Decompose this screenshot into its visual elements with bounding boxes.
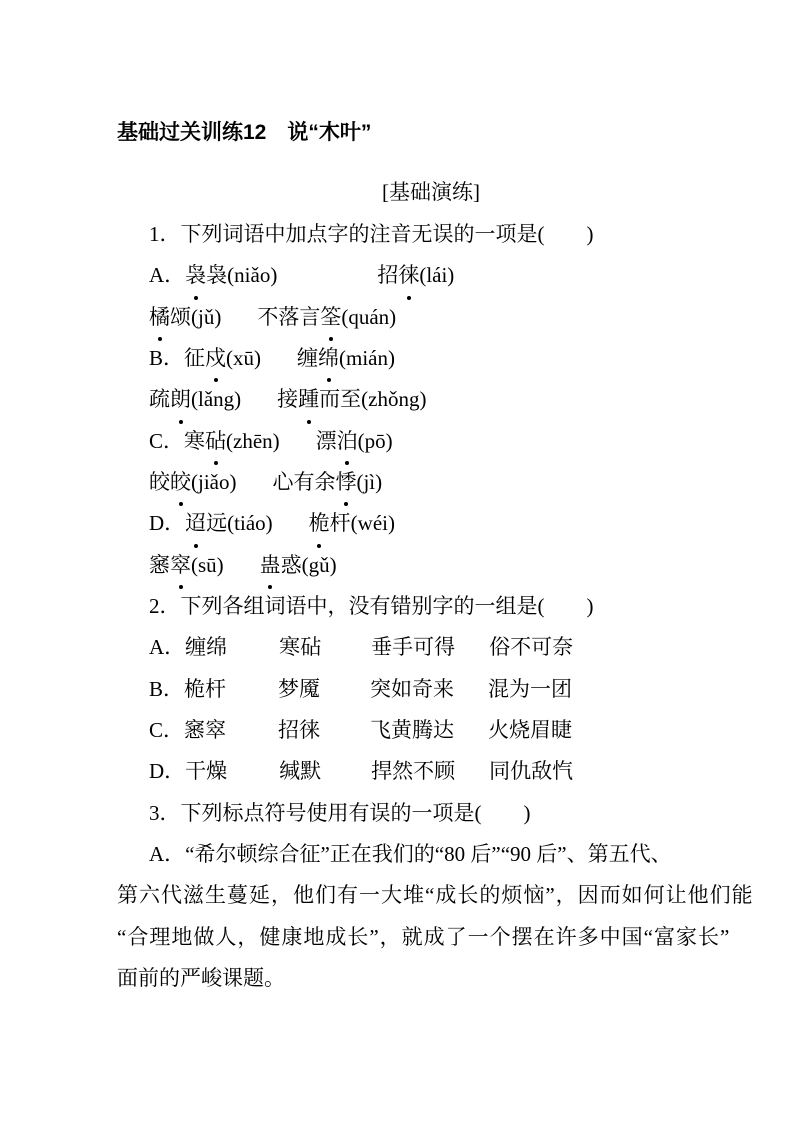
emphasized-character: 徕 — [398, 255, 419, 296]
text-segment: 垂手可得 — [371, 627, 455, 668]
text-segment: “合理地做人，健康地成长”，就成了一个摆在许多中国“富家长” — [117, 917, 730, 958]
text-segment: 俗不可奈 — [489, 627, 573, 668]
text-segment: D． — [149, 503, 185, 544]
text-segment: B．桅杆 — [149, 669, 226, 710]
text-segment: 第六代滋生蔓延，他们有一大堆“成长的烦恼”，因而如何让他们能 — [117, 875, 754, 916]
q1-option-a-line2: 橘颂(jǔ)不落言筌(quán) — [117, 297, 777, 338]
q1-option-c-line1: C．寒砧(zhēn)漂泊(pō) — [117, 421, 777, 462]
text-segment: 面前的严峻课题。 — [117, 958, 285, 999]
text-segment: 不落言 — [257, 297, 320, 338]
text-segment: 窸 — [149, 545, 170, 586]
emphasized-character: 窣 — [170, 545, 191, 586]
document-body: 1．下列词语中加点字的注音无误的一项是( )A．袅袅(niǎo)招徕(lái)橘… — [117, 214, 777, 999]
q1-option-b-line1: B．征戍(xū)缠绵(mián) — [117, 338, 777, 379]
text-segment: 同仇敌忾 — [489, 751, 573, 792]
text-segment: (jì) — [356, 462, 382, 503]
text-segment: 2．下列各组词语中，没有错别字的一组是( ) — [149, 586, 594, 627]
q3-stem: 3．下列标点符号使用有误的一项是( ) — [117, 793, 777, 834]
text-segment: B．征 — [149, 338, 205, 379]
document-title: 基础过关训练12 说“木叶” — [117, 118, 777, 147]
q1-option-c-line2: 皎皎(jiǎo)心有余悸(jì) — [117, 462, 777, 503]
text-segment: A． — [149, 255, 185, 296]
text-segment: 梦魇 — [278, 669, 320, 710]
text-segment: 漂 — [316, 421, 337, 462]
text-segment: 接 — [277, 379, 298, 420]
text-segment: 疏 — [149, 379, 170, 420]
text-segment: C．寒 — [149, 421, 205, 462]
emphasized-character: 踵 — [298, 379, 319, 420]
emphasized-character: 桅 — [309, 503, 330, 544]
q2-option-a: A．缠绵寒砧垂手可得俗不可奈 — [117, 627, 777, 668]
text-segment: 突如奇来 — [370, 669, 454, 710]
text-segment: (quán) — [341, 297, 396, 338]
emphasized-character: 泊 — [337, 421, 358, 462]
text-segment: 而至(zhǒng) — [319, 379, 426, 420]
text-segment: 火烧眉睫 — [488, 710, 572, 751]
emphasized-character: 绵 — [318, 338, 339, 379]
q2-option-b: B．桅杆梦魇突如奇来混为一团 — [117, 669, 777, 710]
text-segment: 混为一团 — [488, 669, 572, 710]
q1-option-b-line2: 疏朗(lǎng)接踵而至(zhǒng) — [117, 379, 777, 420]
q3-option-a-line1: A．“希尔顿综合征”正在我们的“80 后”“90 后”、第五代、 — [117, 834, 777, 875]
emphasized-character: 砧 — [205, 421, 226, 462]
text-segment: 缄默 — [279, 751, 321, 792]
emphasized-character: 戍 — [205, 338, 226, 379]
q3-option-a-line3: “合理地做人，健康地成长”，就成了一个摆在许多中国“富家长” — [117, 917, 777, 958]
text-segment: (lái) — [419, 255, 454, 296]
q3-option-a-line4: 面前的严峻课题。 — [117, 958, 777, 999]
emphasized-character: 朗 — [170, 379, 191, 420]
q1-option-a-line1: A．袅袅(niǎo)招徕(lái) — [117, 255, 777, 296]
text-segment: (pō) — [358, 421, 393, 462]
emphasized-character: 筌 — [320, 297, 341, 338]
text-segment: 惑(gǔ) — [281, 545, 337, 586]
emphasized-character: 皎 — [170, 462, 191, 503]
text-segment: (sū) — [191, 545, 224, 586]
text-segment: 缠 — [297, 338, 318, 379]
text-segment: (jiǎo) — [191, 462, 236, 503]
text-segment: 远(tiáo) — [206, 503, 272, 544]
emphasized-character: 蛊 — [260, 545, 281, 586]
text-segment: A．“希尔顿综合征”正在我们的“80 后”“90 后”、第五代、 — [149, 834, 672, 875]
q2-option-c: C．窸窣招徕飞黄腾达火烧眉睫 — [117, 710, 777, 751]
emphasized-character: 袅 — [185, 255, 206, 296]
text-segment: 3．下列标点符号使用有误的一项是( ) — [149, 793, 531, 834]
section-header: [基础演练] — [101, 172, 761, 213]
text-segment: (zhēn) — [226, 421, 280, 462]
text-segment: D．干燥 — [149, 751, 227, 792]
q2-stem: 2．下列各组词语中，没有错别字的一组是( ) — [117, 586, 777, 627]
q1-stem: 1．下列词语中加点字的注音无误的一项是( ) — [117, 214, 777, 255]
text-segment: 颂(jǔ) — [170, 297, 221, 338]
text-segment: 心有余 — [272, 462, 335, 503]
text-segment: (lǎng) — [191, 379, 241, 420]
text-segment: 杆(wéi) — [330, 503, 395, 544]
q1-option-d-line1: D．迢远(tiáo)桅杆(wéi) — [117, 503, 777, 544]
q2-option-d: D．干燥缄默捍然不顾同仇敌忾 — [117, 751, 777, 792]
text-segment: 飞黄腾达 — [370, 710, 454, 751]
q3-option-a-line2: 第六代滋生蔓延，他们有一大堆“成长的烦恼”，因而如何让他们能 — [117, 875, 777, 916]
text-segment: 皎 — [149, 462, 170, 503]
text-segment: 捍然不顾 — [371, 751, 455, 792]
q1-option-d-line2: 窸窣(sū)蛊惑(gǔ) — [117, 545, 777, 586]
text-segment: 招 — [377, 255, 398, 296]
text-segment: 寒砧 — [279, 627, 321, 668]
emphasized-character: 迢 — [185, 503, 206, 544]
document-page: 基础过关训练12 说“木叶” [基础演练] 1．下列词语中加点字的注音无误的一项… — [0, 0, 793, 1122]
text-segment: 招徕 — [278, 710, 320, 751]
text-segment: (xū) — [226, 338, 261, 379]
emphasized-character: 悸 — [335, 462, 356, 503]
text-segment: (mián) — [339, 338, 395, 379]
text-segment: A．缠绵 — [149, 627, 227, 668]
emphasized-character: 橘 — [149, 297, 170, 338]
text-segment: 1．下列词语中加点字的注音无误的一项是( ) — [149, 214, 594, 255]
text-segment: 袅(niǎo) — [206, 255, 277, 296]
text-segment: C．窸窣 — [149, 710, 226, 751]
